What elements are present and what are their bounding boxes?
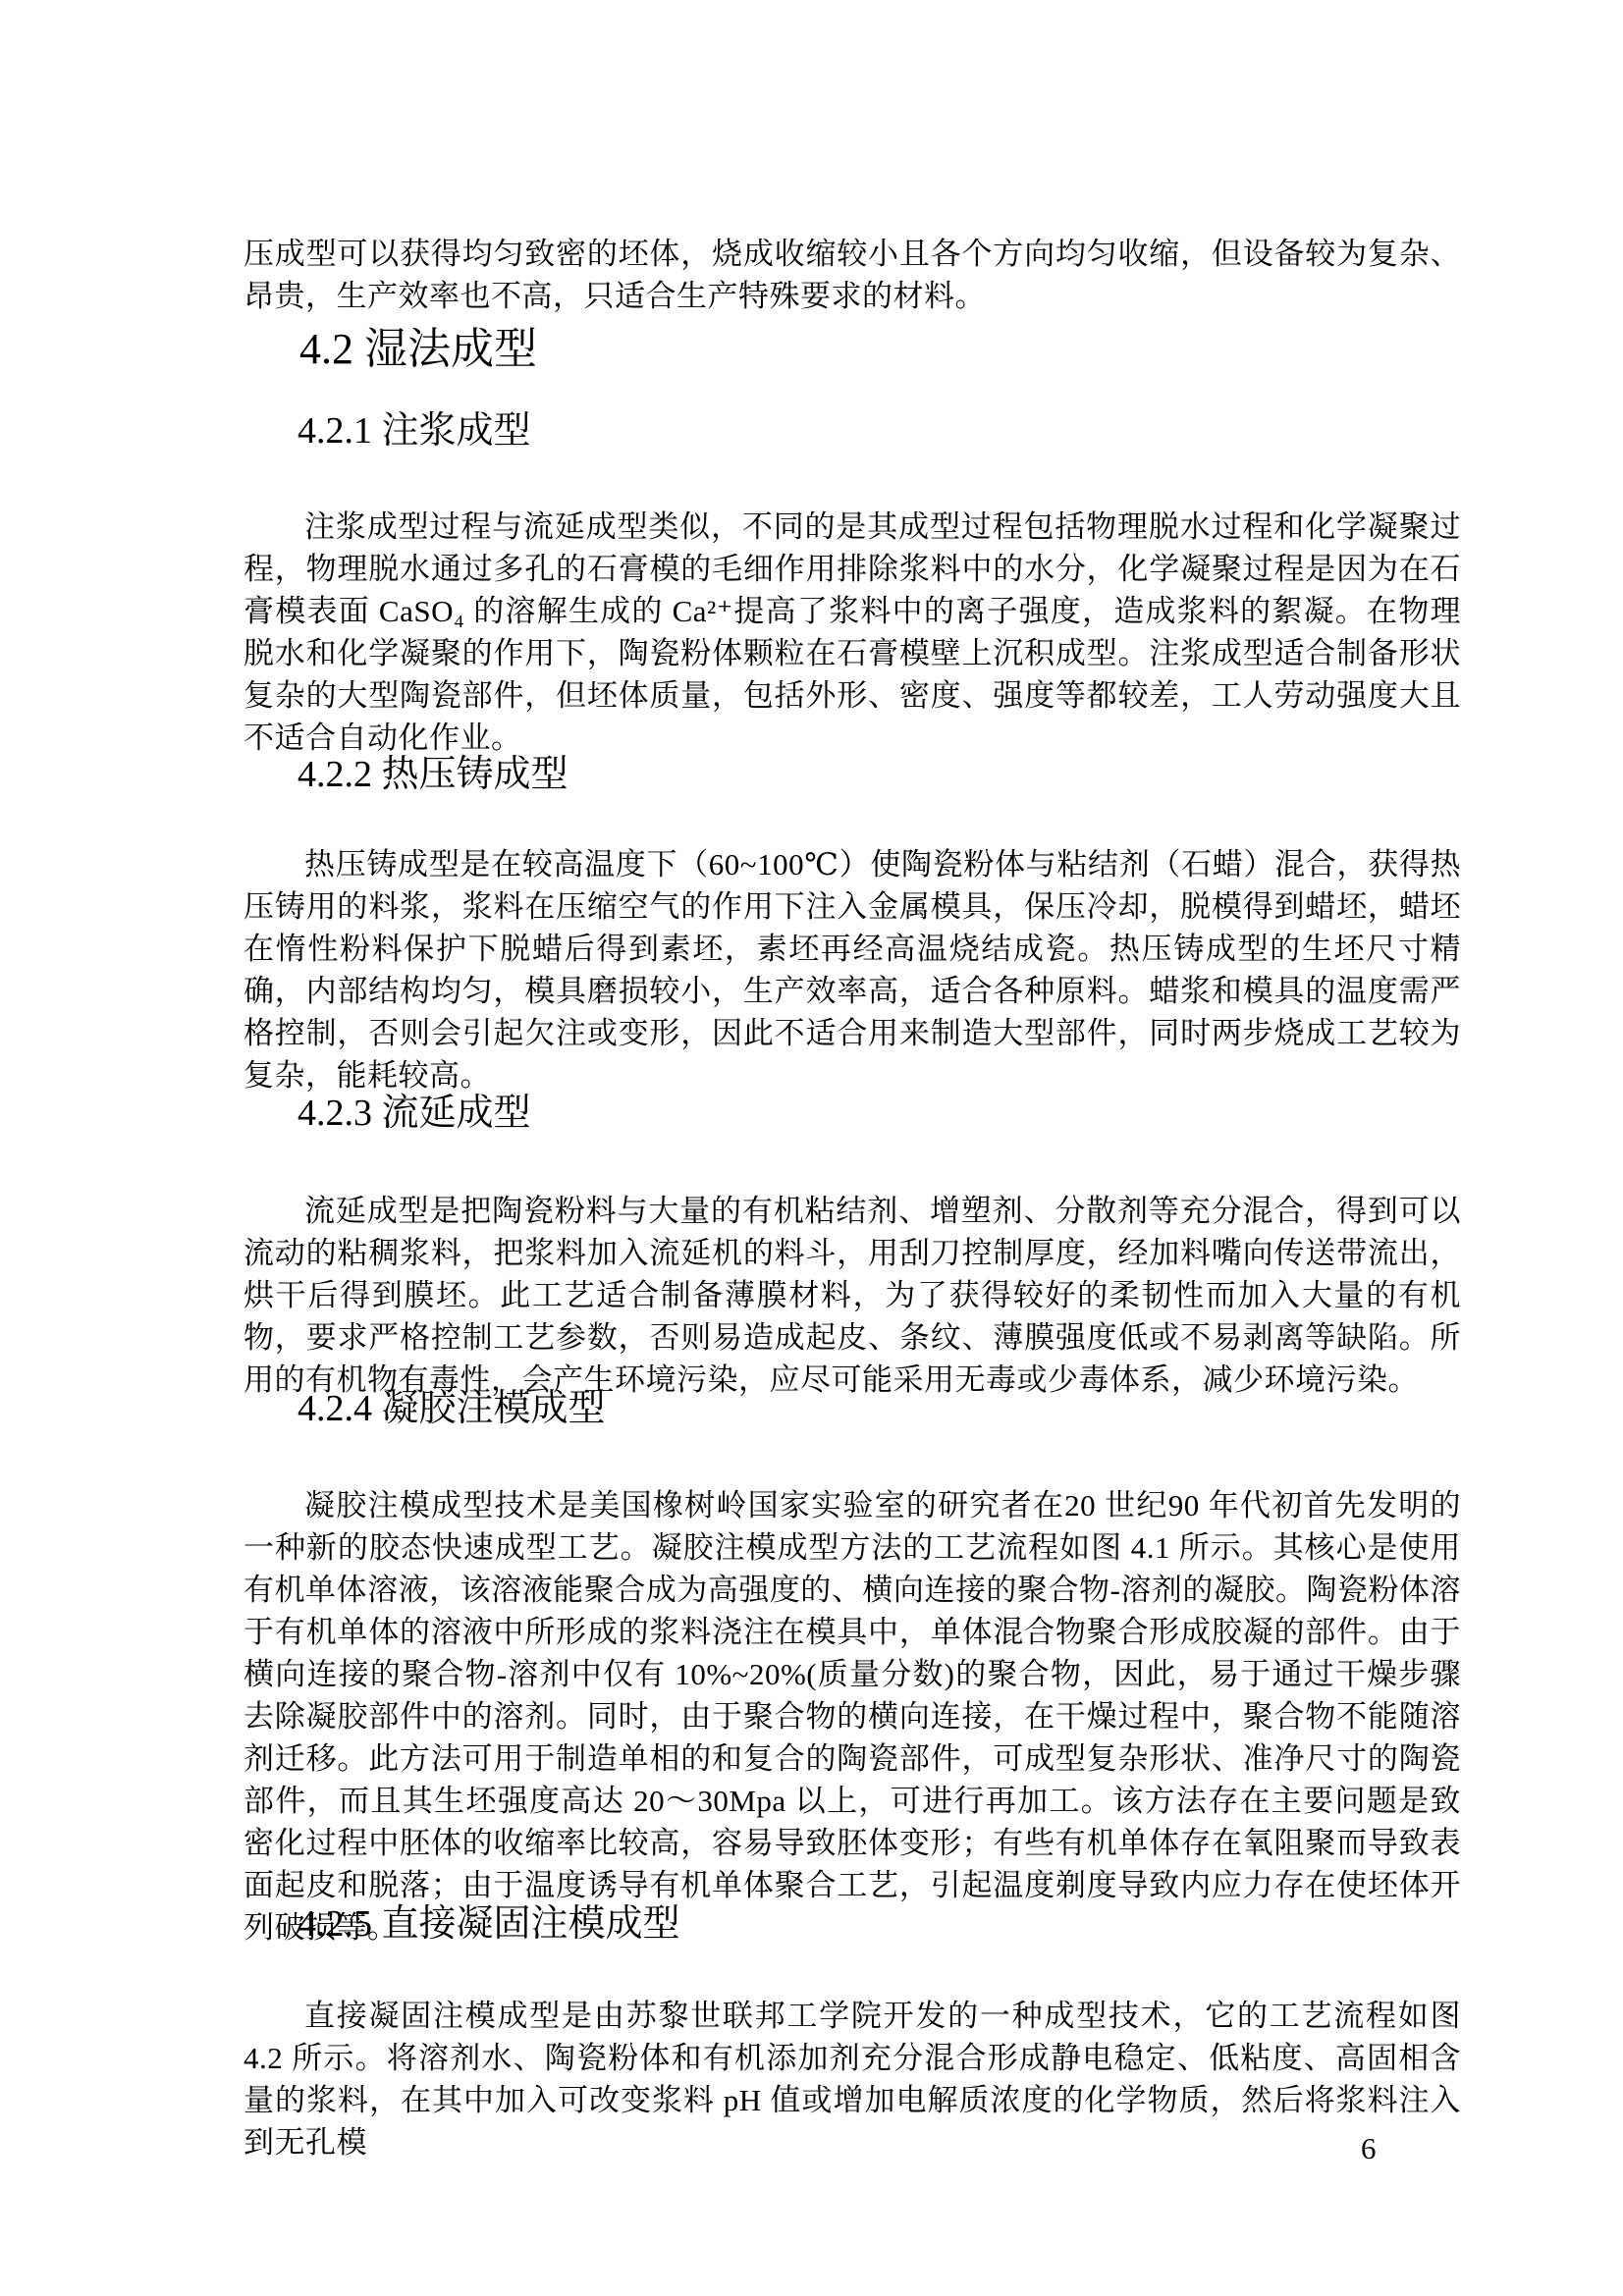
subsection-heading-421: 4.2.1 注浆成型: [298, 411, 531, 453]
subsection-heading-425: 4.2.5 直接凝固注模成型: [298, 1904, 680, 1946]
body-paragraph-421: 注浆成型过程与流延成型类似，不同的是其成型过程包括物理脱水过程和化学凝聚过程，物…: [243, 506, 1461, 759]
body-paragraph-423: 流延成型是把陶瓷粉料与大量的有机粘结剂、增塑剂、分散剂等充分混合，得到可以流动的…: [243, 1190, 1461, 1401]
page-number: 6: [1361, 2127, 1377, 2169]
body-paragraph-425: 直接凝固注模成型是由苏黎世联邦工学院开发的一种成型技术，它的工艺流程如图 4.2…: [243, 1995, 1461, 2163]
subsection-heading-423: 4.2.3 流延成型: [298, 1094, 531, 1135]
body-paragraph-424: 凝胶注模成型技术是美国橡树岭国家实验室的研究者在20 世纪90 年代初首先发明的…: [243, 1484, 1461, 1949]
document-page: 压成型可以获得均匀致密的坯体，烧成收缩较小且各个方向均匀收缩，但设备较为复杂、昂…: [0, 0, 1623, 2296]
continued-paragraph: 压成型可以获得均匀致密的坯体，烧成收缩较小且各个方向均匀收缩，但设备较为复杂、昂…: [243, 233, 1461, 317]
subsection-heading-424: 4.2.4 凝胶注模成型: [298, 1389, 606, 1430]
subsection-heading-422: 4.2.2 热压铸成型: [298, 755, 568, 796]
body-paragraph-422: 热压铸成型是在较高温度下（60~100℃）使陶瓷粉体与粘结剂（石蜡）混合，获得热…: [243, 843, 1461, 1096]
chapter-heading: 4.2 湿法成型: [299, 326, 537, 373]
